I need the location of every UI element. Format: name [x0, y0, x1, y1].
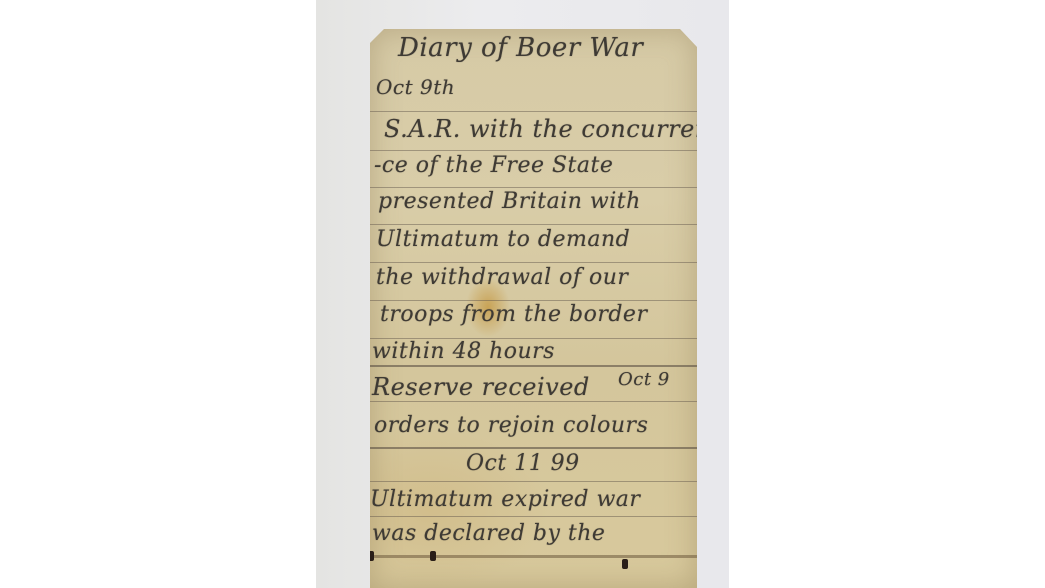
- diary-line: presented Britain with: [378, 189, 641, 214]
- diary-date-heading: Oct 11 99: [466, 451, 580, 476]
- margin-date-note: Oct 9: [618, 369, 670, 390]
- ruled-line: [370, 401, 697, 402]
- ruled-line: [370, 262, 697, 263]
- diary-line: troops from the border: [380, 302, 647, 327]
- diary-line: Reserve received: [372, 373, 590, 401]
- diary-line: -ce of the Free State: [374, 153, 613, 178]
- ruled-line: [370, 224, 697, 225]
- diary-line: within 48 hours: [372, 339, 555, 364]
- ruled-line: [370, 481, 697, 482]
- diary-line: was declared by the: [372, 521, 605, 546]
- ruled-line: [370, 447, 697, 449]
- page-fold: [370, 555, 697, 558]
- stitch-mark: [430, 551, 436, 561]
- diary-page: Diary of Boer War Oct 9th S.A.R. with th…: [370, 29, 697, 588]
- ruled-line: [370, 365, 697, 367]
- ruled-line: [370, 150, 697, 151]
- ruled-line: [370, 300, 697, 301]
- diary-line: the withdrawal of our: [376, 265, 628, 290]
- stitch-mark: [622, 559, 628, 569]
- diary-line: orders to rejoin colours: [374, 413, 648, 438]
- diary-line: Ultimatum expired war: [370, 487, 640, 512]
- diary-line: S.A.R. with the concurren: [384, 115, 711, 143]
- ruled-line: [370, 516, 697, 517]
- diary-title: Diary of Boer War: [398, 33, 643, 63]
- diary-line: Ultimatum to demand: [376, 227, 630, 252]
- ruled-line: [370, 187, 697, 188]
- ruled-line: [370, 111, 697, 112]
- diary-line: Oct 9th: [376, 75, 455, 99]
